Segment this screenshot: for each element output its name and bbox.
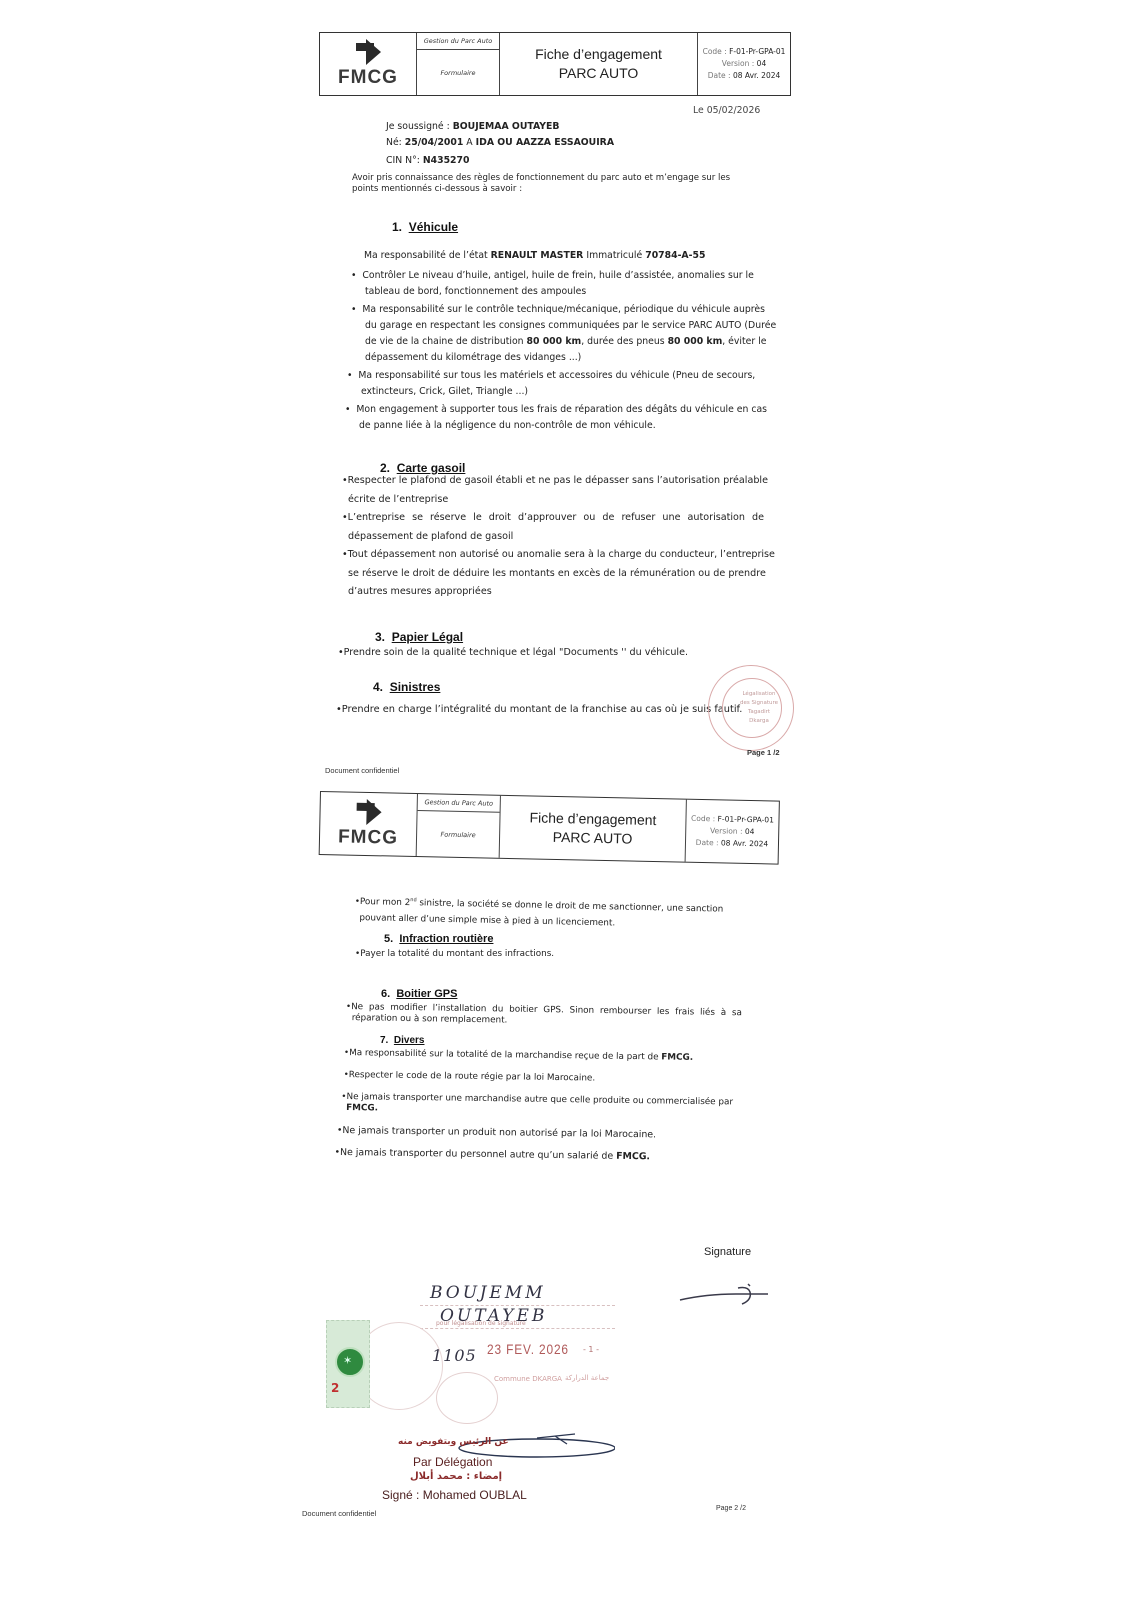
company-name: FMCG. [616,1151,650,1162]
page2-header-table: FMCG Gestion du Parc Auto Formulaire Fic… [319,791,780,865]
fmcg-logo: FMCG [320,792,418,856]
title-line2: PARC AUTO [553,828,633,849]
title-line1: Fiche d’engagement [529,808,656,830]
bullet-text: Ma responsabilité sur la totalité de la … [349,1048,659,1062]
birth-at: A [466,137,472,148]
bullet: •Tout dépassement non autorisé ou anomal… [342,546,775,565]
fmcg-logo: FMCG [320,33,417,95]
section-number: 3. [375,630,385,644]
soussigne-value: BOUJEMAA OUTAYEB [453,121,560,132]
section-number: 6. [381,988,390,1000]
bullet: •Payer la totalité du montant des infrac… [355,947,554,962]
delegation-label: Par Délégation [413,1455,492,1469]
date-label: Date : [696,838,719,847]
bullet: •L’entreprise se réserve le droit d’appr… [342,509,775,528]
section-title: Infraction routière [399,933,493,945]
vehicle-plate: 70784-A-55 [645,250,705,261]
section-number: 7. [380,1035,388,1046]
bullet: • Ma responsabilité sur tous les matérie… [347,368,776,384]
section-1-bullets: • Contrôler Le niveau d’huile, antigel, … [351,268,776,434]
page1-header-table: FMCG Gestion du Parc Auto Formulaire Fic… [319,32,791,96]
bullet-text: Ma responsabilité sur le contrôle techni… [362,304,765,315]
birth-label: Né: [386,137,402,148]
signed-label: Signé : Mohamed OUBLAL [382,1488,527,1502]
bullet-text: Respecter le code de la route régie par … [349,1070,595,1083]
code-value: F-01-Pr-GPA-01 [718,814,775,824]
bullet: • Mon engagement à supporter tous les fr… [345,402,776,418]
bullet-text: Respecter le plafond de gasoil établi et… [348,475,768,486]
document-title: Fiche d’engagement PARC AUTO [500,33,698,95]
date-value: 08 Avr. 2024 [733,71,780,80]
birth-date: 25/04/2001 [405,137,464,148]
cin-value: N435270 [423,155,470,166]
section-number: 1. [392,220,402,234]
title-line1: Fiche d’engagement [535,45,662,64]
cin-label: CIN N°: [386,155,420,166]
vehicle-model: RENAULT MASTER [491,250,584,261]
logo-arrow-icon [354,39,382,65]
commune-arabic: جماعة الدراركة [565,1374,609,1382]
bullet-text: Prendre soin de la qualité technique et … [344,647,688,658]
star-icon: ✶ [343,1354,352,1367]
bullet-text: Tout dépassement non autorisé ou anomali… [348,549,775,560]
bullet-text: écrite de l’entreprise [342,491,775,510]
cin-line: CIN N°: N435270 [386,153,469,168]
confidential-footer: Document confidentiel [302,1509,376,1518]
bullet-text: du garage en respectant les consignes co… [351,318,776,334]
document-date: Le 05/02/2026 [693,103,760,118]
version-label: Version : [722,59,755,68]
section-4-heading: 4. Sinistres [373,680,440,694]
bullet: •Ma responsabilité sur la totalité de la… [344,1048,734,1064]
tax-stamp-value: 2 [331,1381,339,1395]
bullet-text: dépassement du kilométrage des vidanges … [351,350,776,366]
department-label: Gestion du Parc Auto [418,794,500,813]
bullet: •Respecter le plafond de gasoil établi e… [342,472,775,491]
birth-place: IDA OU AAZZA ESSAOUIRA [476,137,614,148]
bullet: •Ne jamais transporter du personnel autr… [334,1147,732,1164]
stamp-line: Dkarga [734,717,784,726]
document-title: Fiche d’engagement PARC AUTO [500,796,687,862]
bullet-text: Ne jamais transporter du personnel autre… [340,1147,613,1162]
employee-signature [676,1280,772,1310]
document-meta: Code : F-01-Pr-GPA-01 Version : 04 Date … [686,800,779,864]
vehicle-lead: Ma responsabilité de l’état [364,250,488,261]
section-title: Véhicule [409,220,458,234]
section-7-heading: 7. Divers [380,1035,424,1046]
signed-arabic: إمضاء : محمد أبلال [410,1471,502,1482]
bullet-text: extincteurs, Crick, Gilet, Triangle ...) [351,384,776,400]
bullet: • Contrôler Le niveau d’huile, antigel, … [351,268,776,284]
handwritten-name-2: OUTAYEB [440,1306,547,1326]
page-number: Page 2 /2 [716,1505,746,1512]
section-5-heading: 5. Infraction routière [384,933,493,945]
department-label: Gestion du Parc Auto [417,33,499,50]
bullet-text: Prendre en charge l’intégralité du monta… [342,704,743,715]
birth-line: Né: 25/04/2001 A IDA OU AAZZA ESSAOUIRA [386,135,614,150]
soussigne-label: Je soussigné : [386,121,450,132]
confidential-footer: Document confidentiel [325,766,399,775]
bullet-text: dépassement de plafond de gasoil [342,528,775,547]
section-7-bullets: •Ma responsabilité sur la totalité de la… [342,1048,733,1163]
section-title: Divers [394,1035,425,1046]
bullet-text: Contrôler Le niveau d’huile, antigel, hu… [362,270,753,281]
text: , éviter le [722,336,766,347]
section-3-heading: 3. Papier Légal [375,630,463,644]
bullet: • Ma responsabilité sur le contrôle tech… [351,302,776,318]
bullet-text: Payer la totalité du montant des infract… [360,949,554,959]
sinistre-continuation: •Pour mon 2nd sinistre, la société se do… [354,891,723,934]
date-label: Date : [708,71,731,80]
stamp-line: Tagadirt [734,708,784,717]
bullet-text: Pour mon 2 [360,897,410,908]
bullet-text: de panne liée à la négligence du non-con… [351,418,776,434]
stamp-text: Légalisation des Signature Tagadirt Dkar… [734,690,784,726]
logo-text: FMCG [338,826,398,849]
bullet: •Ne jamais transporter un produit non au… [337,1125,733,1142]
bullet-text: de vie de la chaine de distribution 80 0… [351,334,776,350]
title-line2: PARC AUTO [559,64,639,83]
date-value: 08 Avr. 2024 [721,838,768,848]
tax-stamp: ✶ 2 [326,1320,370,1408]
logo-arrow-icon [354,799,383,826]
section-2-bullets: •Respecter le plafond de gasoil établi e… [342,472,775,602]
bullet-text: d’autres mesures appropriées [342,583,775,602]
legalization-mark: - 1 - [583,1345,599,1354]
legalization-date-stamp: 23 FEV. 2026 [487,1341,569,1357]
stamp-line: des Signature [734,699,784,708]
company-name: FMCG. [661,1052,693,1062]
km-value: 80 000 km [668,336,723,347]
bullet-text: Mon engagement à supporter tous les frai… [356,404,767,415]
page-number: Page 1 /2 [747,748,780,757]
bullet: •Prendre en charge l’intégralité du mont… [336,702,742,717]
vehicle-line: Ma responsabilité de l’état RENAULT MAST… [364,248,705,263]
section-6-heading: 6. Boitier GPS [381,988,457,1000]
intro-line1: Avoir pris connaissance des règles de fo… [352,173,730,184]
section-title: Sinistres [390,680,441,694]
bullet: •Prendre soin de la qualité technique et… [338,645,688,660]
doc-type-label: Formulaire [417,811,500,858]
bullet-text: Ma responsabilité sur tous les matériels… [358,370,755,381]
bullet-text: Ne jamais transporter un produit non aut… [342,1125,656,1140]
km-value: 80 000 km [527,336,582,347]
version-value: 04 [757,59,767,68]
doc-type-label: Formulaire [417,50,499,95]
soussigne-line: Je soussigné : BOUJEMAA OUTAYEB [386,119,559,134]
section-number: 4. [373,680,383,694]
delegation-arabic: عن الرئيس وبتفويض منه [398,1437,509,1447]
text: , durée des pneus [581,336,664,347]
vehicle-reg-label: Immatriculé [586,250,642,261]
code-label: Code : [691,814,715,824]
intro-text: Avoir pris connaissance des règles de fo… [352,173,730,195]
text: de vie de la chaine de distribution [365,336,524,347]
legalization-rule [420,1328,615,1329]
handwritten-name-1: BOUJEMM [430,1283,546,1303]
document-meta: Code : F-01-Pr-GPA-01 Version : 04 Date … [698,33,790,95]
section-1-heading: 1. Véhicule [392,220,458,234]
logo-text: FMCG [338,67,398,89]
section-title: Papier Légal [392,630,463,644]
section-number: 5. [384,933,393,945]
code-label: Code : [703,47,727,56]
intro-line2: points mentionnés ci-dessous à savoir : [352,184,730,195]
section-title: Boitier GPS [396,988,457,1000]
section-6-bullet: •Ne pas modifier l’installation du boiti… [346,1002,742,1030]
bullet-text: se réserve le droit de déduire les monta… [342,565,775,584]
version-label: Version : [710,826,743,836]
commune-text: Commune DKARGA [494,1375,562,1383]
bullet-text: L’entreprise se réserve le droit d’appro… [348,512,764,523]
commune-seal [436,1372,498,1424]
stamp-line: Légalisation [734,690,784,699]
bullet-text: tableau de bord, fonctionnement des ampo… [351,284,776,300]
bullet: •Respecter le code de la route régie par… [344,1070,734,1086]
version-value: 04 [745,827,755,836]
signature-label: Signature [704,1246,751,1258]
code-value: F-01-Pr-GPA-01 [729,47,785,56]
